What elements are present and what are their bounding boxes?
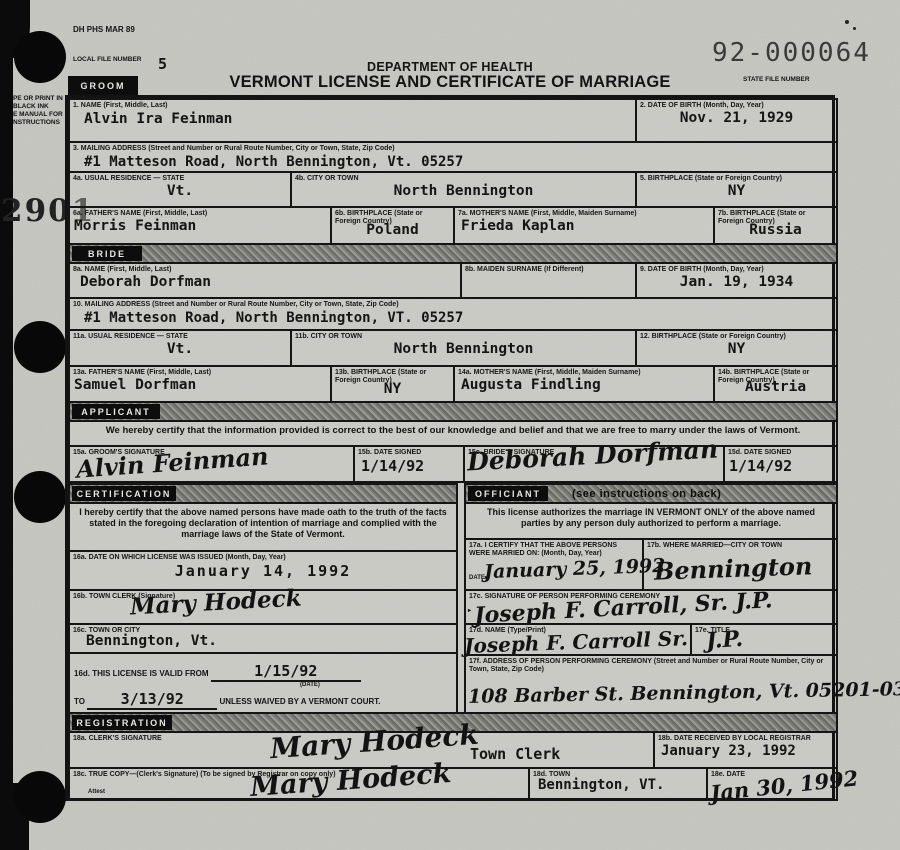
punch-hole bbox=[14, 321, 66, 373]
officiant-statement-box: This license authorizes the marriage IN … bbox=[464, 502, 838, 540]
field-label: 15d. DATE SIGNED bbox=[725, 447, 836, 457]
certificate-form: 1. NAME (First, Middle, Last) Alvin Ira … bbox=[65, 95, 835, 801]
field-label: 16a. DATE ON WHICH LICENSE WAS ISSUED (M… bbox=[70, 552, 456, 562]
section-tag-applicant: APPLICANT bbox=[72, 404, 160, 419]
section-tag-groom: GROOM bbox=[68, 76, 138, 95]
section-tag-officiant: OFFICIANT bbox=[468, 486, 548, 501]
state-file-number-label: STATE FILE NUMBER bbox=[743, 76, 810, 83]
field-officiant-address: 17f. ADDRESS OF PERSON PERFORMING CEREMO… bbox=[464, 654, 838, 714]
field-bride-date-signed: 15d. DATE SIGNED 1/14/92 bbox=[723, 445, 838, 483]
section-tag-certification: CERTIFICATION bbox=[72, 486, 176, 501]
field-label: 17a. I CERTIFY THAT THE ABOVE PERSONS WE… bbox=[466, 540, 642, 558]
field-value: January 23, 1992 bbox=[655, 743, 836, 759]
field-where-married: 17b. WHERE MARRIED—CITY OR TOWN Benningt… bbox=[642, 538, 838, 591]
field-registration-date: 18e. DATE Jan 30, 1992 bbox=[706, 767, 838, 801]
field-groom-father-birthplace: 6b. BIRTHPLACE (State or Foreign Country… bbox=[330, 206, 455, 245]
field-groom-mailing: 3. MAILING ADDRESS (Street and Number or… bbox=[68, 141, 838, 173]
margin-line: NSTRUCTIONS bbox=[13, 119, 68, 127]
punch-hole bbox=[14, 471, 66, 523]
field-label: 10. MAILING ADDRESS (Street and Number o… bbox=[70, 299, 836, 309]
field-groom-residence-state: 4a. USUAL RESIDENCE — STATE Vt. bbox=[68, 171, 292, 208]
field-value: Bennington, VT. bbox=[530, 777, 706, 793]
signature-arrow: ▸ bbox=[468, 607, 471, 614]
officiant-statement: This license authorizes the marriage IN … bbox=[466, 504, 836, 532]
field-married-on-date: 17a. I CERTIFY THAT THE ABOVE PERSONS WE… bbox=[464, 538, 644, 591]
field-value: Samuel Dorfman bbox=[70, 377, 330, 393]
margin-line: PE OR PRINT IN bbox=[13, 95, 68, 103]
field-groom-date-signed: 15b. DATE SIGNED 1/14/92 bbox=[353, 445, 465, 483]
where-married-handwriting: Bennington bbox=[654, 551, 813, 586]
field-bride-dob: 9. DATE OF BIRTH (Month, Day, Year) Jan.… bbox=[635, 262, 838, 299]
field-date-received: 18b. DATE RECEIVED BY LOCAL REGISTRAR Ja… bbox=[653, 731, 838, 769]
field-groom-mother-birthplace: 7b. BIRTHPLACE (State or Foreign Country… bbox=[713, 206, 838, 245]
punch-hole bbox=[14, 31, 66, 83]
field-groom-city: 4b. CITY OR TOWN North Bennington bbox=[290, 171, 637, 208]
field-label: 11b. CITY OR TOWN bbox=[292, 331, 635, 341]
field-license-issued-date: 16a. DATE ON WHICH LICENSE WAS ISSUED (M… bbox=[68, 550, 458, 591]
margin-line: BLACK INK bbox=[13, 103, 68, 111]
clerk-typed-title: Town Clerk bbox=[470, 745, 560, 763]
section-tag-registration: REGISTRATION bbox=[72, 715, 172, 730]
officiant-address-handwriting: 108 Barber St. Bennington, Vt. 05201-03 bbox=[468, 678, 900, 708]
field-value: #1 Matteson Road, North Bennington, Vt. … bbox=[70, 153, 836, 170]
field-label: 4a. USUAL RESIDENCE — STATE bbox=[70, 173, 290, 183]
field-value: 1/14/92 bbox=[725, 457, 836, 475]
field-value: Morris Feinman bbox=[70, 218, 330, 234]
field-bride-mother-birthplace: 14b. BIRTHPLACE (State or Foreign Countr… bbox=[713, 365, 838, 403]
field-value: Deborah Dorfman bbox=[70, 274, 460, 290]
section-bar-certification: CERTIFICATION bbox=[68, 483, 458, 504]
field-label: 3. MAILING ADDRESS (Street and Number or… bbox=[70, 143, 836, 153]
field-groom-birthplace: 5. BIRTHPLACE (State or Foreign Country)… bbox=[635, 171, 838, 208]
field-registration-town: 18d. TOWN Bennington, VT. bbox=[528, 767, 708, 801]
field-label: 14a. MOTHER'S NAME (First, Middle, Maide… bbox=[455, 367, 713, 377]
valid-suffix: UNLESS WAIVED BY A VERMONT COURT. bbox=[219, 697, 380, 706]
married-on-handwriting: January 25, 1992 bbox=[484, 555, 666, 583]
field-label: 18b. DATE RECEIVED BY LOCAL REGISTRAR bbox=[655, 733, 836, 743]
field-officiant-title: 17e. TITLE J.P. bbox=[690, 623, 838, 656]
field-label: 1. NAME (First, Middle, Last) bbox=[70, 100, 635, 110]
officiant-title-handwriting: J.P. bbox=[705, 626, 744, 655]
field-bride-mailing: 10. MAILING ADDRESS (Street and Number o… bbox=[68, 297, 838, 331]
field-label: 4b. CITY OR TOWN bbox=[292, 173, 635, 183]
department-line: DEPARTMENT OF HEALTH bbox=[250, 60, 650, 74]
field-label: 8a. NAME (First, Middle, Last) bbox=[70, 264, 460, 274]
field-value: Frieda Kaplan bbox=[455, 218, 713, 234]
field-label: 5. BIRTHPLACE (State or Foreign Country) bbox=[637, 173, 836, 183]
local-file-number-label: LOCAL FILE NUMBER bbox=[73, 56, 142, 63]
field-town-clerk-signature: 16b. TOWN CLERK (Signature) Mary Hodeck bbox=[68, 589, 458, 625]
field-label: 13a. FATHER'S NAME (First, Middle, Last) bbox=[70, 367, 330, 377]
margin-instructions: PE OR PRINT IN BLACK INK E MANUAL FOR NS… bbox=[13, 95, 68, 127]
attest-label: Attest bbox=[88, 789, 105, 795]
field-officiant-signature: 17c. SIGNATURE OF PERSON PERFORMING CERE… bbox=[464, 589, 838, 625]
applicant-statement-box: We hereby certify that the information p… bbox=[68, 420, 838, 447]
field-value: North Bennington bbox=[292, 341, 635, 357]
field-bride-father-birthplace: 13b. BIRTHPLACE (State or Foreign Countr… bbox=[330, 365, 455, 403]
local-file-number-value: 5 bbox=[158, 55, 167, 73]
ink-speck bbox=[845, 20, 849, 24]
field-label: 6a. FATHER'S NAME (First, Middle, Last) bbox=[70, 208, 330, 218]
applicant-statement: We hereby certify that the information p… bbox=[70, 422, 836, 440]
field-label: 8b. MAIDEN SURNAME (If Different) bbox=[462, 264, 635, 274]
valid-to-label: TO bbox=[74, 697, 85, 706]
section-bar-bride: BRIDE bbox=[68, 243, 838, 264]
field-groom-father: 6a. FATHER'S NAME (First, Middle, Last) … bbox=[68, 206, 332, 245]
field-label: 9. DATE OF BIRTH (Month, Day, Year) bbox=[637, 264, 836, 274]
field-label: 11a. USUAL RESIDENCE — STATE bbox=[70, 331, 290, 341]
field-bride-residence-state: 11a. USUAL RESIDENCE — STATE Vt. bbox=[68, 329, 292, 367]
state-file-number-stamp: 92-000064 bbox=[712, 38, 892, 68]
field-label: 15b. DATE SIGNED bbox=[355, 447, 463, 457]
certification-statement-box: I hereby certify that the above named pe… bbox=[68, 502, 458, 552]
field-value: North Bennington bbox=[292, 183, 635, 199]
certification-statement: I hereby certify that the above named pe… bbox=[70, 504, 456, 543]
section-tag-bride: BRIDE bbox=[72, 246, 142, 261]
valid-to-value: 3/13/92 bbox=[121, 690, 184, 708]
field-groom-dob: 2. DATE OF BIRTH (Month, Day, Year) Nov.… bbox=[635, 98, 838, 143]
field-value: Nov. 21, 1929 bbox=[637, 110, 836, 126]
ink-speck bbox=[853, 27, 856, 30]
valid-from-value: 1/15/92 bbox=[254, 662, 317, 680]
field-officiant-name: 17d. NAME (Type/Print) Joseph F. Carroll… bbox=[464, 623, 692, 656]
field-value: Vt. bbox=[70, 183, 290, 199]
field-value: Alvin Ira Feinman bbox=[70, 110, 635, 127]
field-true-copy-signature: 18c. TRUE COPY—(Clerk's Signature) (To b… bbox=[68, 767, 530, 801]
field-town-or-city: 16c. TOWN OR CITY Bennington, Vt. bbox=[68, 623, 458, 654]
field-bride-maiden-surname: 8b. MAIDEN SURNAME (If Different) bbox=[460, 262, 637, 299]
field-value: Vt. bbox=[70, 341, 290, 357]
field-label: 12. BIRTHPLACE (State or Foreign Country… bbox=[637, 331, 836, 341]
field-value: #1 Matteson Road, North Bennington, VT. … bbox=[70, 309, 836, 326]
field-bride-birthplace: 12. BIRTHPLACE (State or Foreign Country… bbox=[635, 329, 838, 367]
scanned-marriage-certificate: { "colors": { "paper": "#c6c6c1", "ink":… bbox=[0, 0, 900, 850]
field-value: NY bbox=[637, 341, 836, 357]
valid-from-label: 16d. THIS LICENSE IS VALID FROM bbox=[74, 669, 209, 678]
scan-edge-strip bbox=[0, 0, 13, 850]
field-groom-name: 1. NAME (First, Middle, Last) Alvin Ira … bbox=[68, 98, 637, 143]
field-label: 17f. ADDRESS OF PERSON PERFORMING CEREMO… bbox=[466, 656, 836, 674]
field-bride-city: 11b. CITY OR TOWN North Bennington bbox=[290, 329, 637, 367]
field-bride-signature: 15c. BRIDE'S SIGNATURE Deborah Dorfman bbox=[463, 445, 725, 483]
field-value: 1/14/92 bbox=[355, 457, 463, 475]
field-label: 2. DATE OF BIRTH (Month, Day, Year) bbox=[637, 100, 836, 110]
field-groom-mother: 7a. MOTHER'S NAME (First, Middle, Maiden… bbox=[453, 206, 715, 245]
field-value: Augusta Findling bbox=[455, 377, 713, 393]
officiant-bar-note: (see instructions on back) bbox=[562, 485, 721, 502]
field-label: 17b. WHERE MARRIED—CITY OR TOWN bbox=[644, 540, 836, 550]
field-value: January 14, 1992 bbox=[70, 562, 456, 580]
field-license-valid-dates: 16d. THIS LICENSE IS VALID FROM 1/15/92 … bbox=[68, 652, 458, 714]
field-value: Bennington, Vt. bbox=[70, 633, 456, 649]
field-groom-signature: 15a. GROOM'S SIGNATURE Alvin Feinman bbox=[68, 445, 355, 483]
form-code: DH PHS MAR 89 bbox=[73, 25, 135, 34]
margin-line: E MANUAL FOR bbox=[13, 111, 68, 119]
page-title: VERMONT LICENSE AND CERTIFICATE OF MARRI… bbox=[180, 73, 720, 92]
field-label: 7a. MOTHER'S NAME (First, Middle, Maiden… bbox=[455, 208, 713, 218]
field-bride-father: 13a. FATHER'S NAME (First, Middle, Last)… bbox=[68, 365, 332, 403]
field-value: NY bbox=[637, 183, 836, 199]
town-clerk-signature: Mary Hodeck bbox=[129, 585, 302, 621]
section-bar-officiant: OFFICIANT (see instructions on back) bbox=[464, 483, 838, 504]
field-bride-name: 8a. NAME (First, Middle, Last) Deborah D… bbox=[68, 262, 462, 299]
punch-hole bbox=[14, 771, 66, 823]
field-value: Jan. 19, 1934 bbox=[637, 274, 836, 290]
section-bar-applicant: APPLICANT bbox=[68, 401, 838, 422]
field-bride-mother: 14a. MOTHER'S NAME (First, Middle, Maide… bbox=[453, 365, 715, 403]
